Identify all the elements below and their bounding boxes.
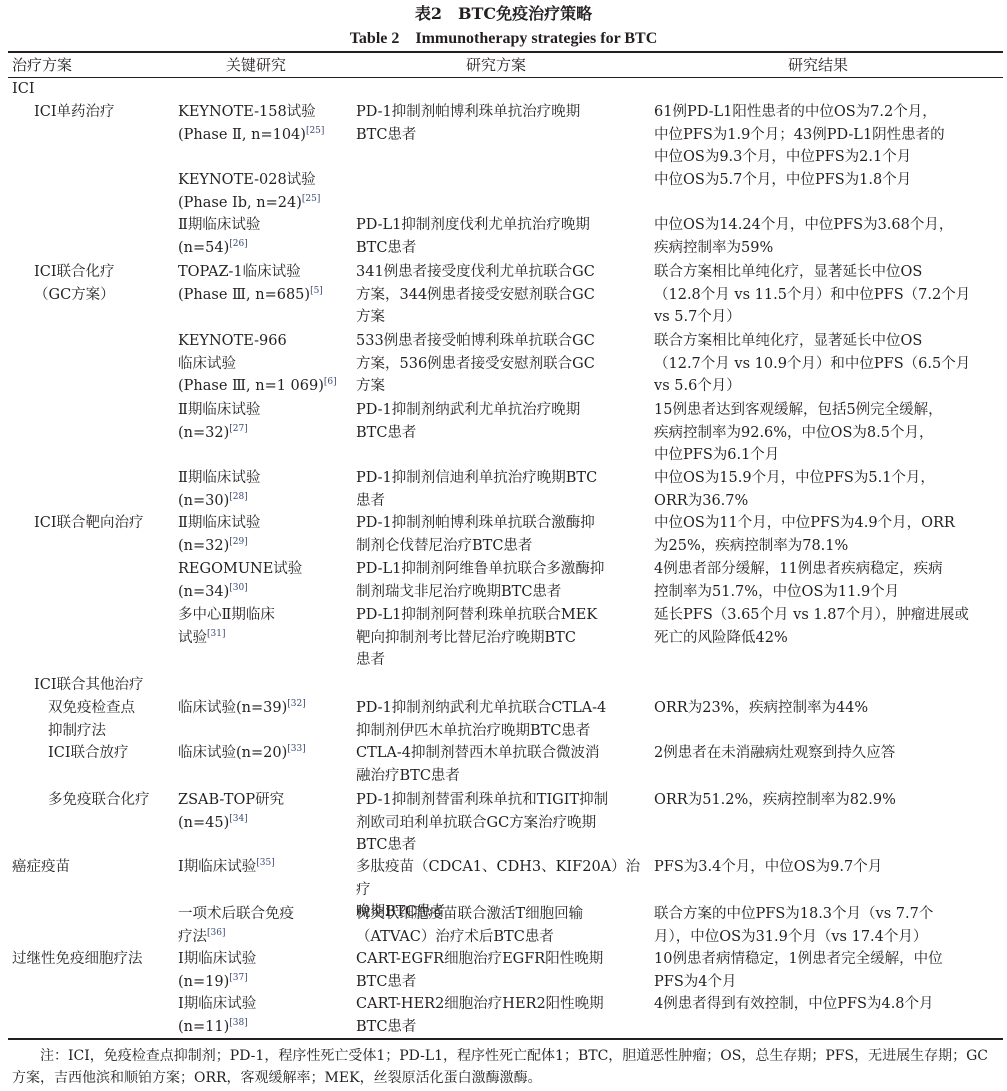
cell-design: CTLA-4抑制剂替西木单抗联合微波消 融治疗BTC患者 bbox=[356, 742, 648, 787]
cell-study: Ⅱ期临床试验 (n=32)[29] bbox=[178, 512, 348, 557]
cell-design: PD-1抑制剂帕博利珠单抗治疗晚期 BTC患者 bbox=[356, 101, 648, 146]
cell-result: 延长PFS（3.65个月 vs 1.87个月），肿瘤进展或 死亡的风险降低42% bbox=[654, 604, 999, 649]
cell-regimen: ICI联合其他治疗 bbox=[34, 674, 194, 697]
study-name: REGOMUNE试验 (n=34) bbox=[178, 561, 302, 600]
study-name: 一项术后联合免疫 疗法 bbox=[178, 906, 294, 945]
cell-study: Ⅰ期临床试验 (n=19)[37] bbox=[178, 948, 348, 993]
cell-study: REGOMUNE试验 (n=34)[30] bbox=[178, 558, 348, 603]
cell-study: ZSAB-TOP研究 (n=45)[34] bbox=[178, 789, 348, 834]
study-name: KEYNOTE-966 临床试验 (Phase Ⅲ, n=1 069) bbox=[178, 333, 324, 394]
reference-citation[interactable]: [29] bbox=[229, 537, 247, 547]
cell-regimen: ICI联合化疗 （GC方案） bbox=[34, 261, 194, 306]
cell-result: 15例患者达到客观缓解，包括5例完全缓解， 疾病控制率为92.6%，中位OS为8… bbox=[654, 399, 999, 467]
reference-citation[interactable]: [32] bbox=[287, 699, 305, 709]
cell-study: Ⅱ期临床试验 (n=54)[26] bbox=[178, 214, 348, 259]
cell-study: Ⅱ期临床试验 (n=32)[27] bbox=[178, 399, 348, 444]
cell-design: CART-EGFR细胞治疗EGFR阳性晚期 BTC患者 bbox=[356, 948, 648, 993]
cell-design: PD-L1抑制剂度伐利尤单抗治疗晚期 BTC患者 bbox=[356, 214, 648, 259]
table-note: 注：ICI，免疫检查点抑制剂；PD-1，程序性死亡受体1；PD-L1，程序性死亡… bbox=[12, 1045, 997, 1089]
reference-citation[interactable]: [31] bbox=[207, 629, 225, 639]
header-col-regimen: 治疗方案 bbox=[12, 55, 72, 75]
study-name: 临床试验(n=20) bbox=[178, 745, 287, 761]
cell-study: KEYNOTE-158试验 (Phase Ⅱ, n=104)[25] bbox=[178, 101, 348, 146]
bottom-rule bbox=[8, 1038, 1003, 1040]
cell-regimen: 过继性免疫细胞疗法 bbox=[12, 948, 172, 971]
reference-citation[interactable]: [30] bbox=[229, 583, 247, 593]
study-name: Ⅰ期临床试验 (n=19) bbox=[178, 951, 256, 990]
reference-citation[interactable]: [38] bbox=[229, 1018, 247, 1028]
study-name: 临床试验(n=39) bbox=[178, 700, 287, 716]
study-name: ZSAB-TOP研究 (n=45) bbox=[178, 792, 284, 831]
cell-regimen: ICI联合靶向治疗 bbox=[34, 512, 194, 535]
reference-citation[interactable]: [27] bbox=[229, 424, 247, 434]
cell-regimen: 癌症疫苗 bbox=[12, 856, 172, 879]
cell-design: 树突状细胞疫苗联合激活T细胞回输 （ATVAC）治疗术后BTC患者 bbox=[356, 903, 648, 948]
table-title-en: Table 2 Immunotherapy strategies for BTC bbox=[0, 29, 1007, 49]
cell-result: 中位OS为14.24个月，中位PFS为3.68个月， 疾病控制率为59% bbox=[654, 214, 999, 259]
reference-citation[interactable]: [5] bbox=[310, 286, 323, 296]
cell-result: 中位OS为15.9个月，中位PFS为5.1个月， ORR为36.7% bbox=[654, 467, 999, 512]
cell-result: 2例患者在未消融病灶观察到持久应答 bbox=[654, 742, 999, 765]
reference-citation[interactable]: [33] bbox=[287, 744, 305, 754]
study-name: Ⅱ期临床试验 (n=54) bbox=[178, 217, 260, 256]
cell-result: 10例患者病情稳定，1例患者完全缓解，中位 PFS为4个月 bbox=[654, 948, 999, 993]
cell-study: Ⅰ期临床试验 (n=11)[38] bbox=[178, 993, 348, 1038]
study-name: 多中心Ⅱ期临床 试验 bbox=[178, 607, 275, 646]
reference-citation[interactable]: [25] bbox=[306, 126, 324, 136]
cell-result: 61例PD-L1阳性患者的中位OS为7.2个月， 中位PFS为1.9个月；43例… bbox=[654, 101, 999, 169]
reference-citation[interactable]: [26] bbox=[229, 239, 247, 249]
header-col-study: 关键研究 bbox=[226, 55, 286, 75]
cell-result: 4例患者得到有效控制，中位PFS为4.8个月 bbox=[654, 993, 999, 1016]
cell-study: 一项术后联合免疫 疗法[36] bbox=[178, 903, 348, 948]
table-title-cn: 表2 BTC免疫治疗策略 bbox=[0, 4, 1007, 24]
cell-result: ORR为23%，疾病控制率为44% bbox=[654, 697, 999, 720]
cell-design: PD-1抑制剂信迪利单抗治疗晚期BTC 患者 bbox=[356, 467, 648, 512]
cell-design: 533例患者接受帕博利珠单抗联合GC 方案，536例患者接受安慰剂联合GC 方案 bbox=[356, 330, 648, 398]
cell-study: 多中心Ⅱ期临床 试验[31] bbox=[178, 604, 348, 649]
cell-study: Ⅱ期临床试验 (n=30)[28] bbox=[178, 467, 348, 512]
cell-regimen: ICI单药治疗 bbox=[34, 101, 194, 124]
header-col-result: 研究结果 bbox=[788, 55, 848, 75]
study-name: Ⅱ期临床试验 (n=32) bbox=[178, 402, 260, 441]
cell-regimen: ICI bbox=[12, 78, 172, 101]
study-name: KEYNOTE-028试验 (Phase Ⅰb, n=24) bbox=[178, 172, 316, 211]
cell-result: PFS为3.4个月，中位OS为9.7个月 bbox=[654, 856, 999, 879]
reference-citation[interactable]: [35] bbox=[256, 858, 274, 868]
cell-result: 4例患者部分缓解，11例患者疾病稳定，疾病 控制率为51.7%，中位OS为11.… bbox=[654, 558, 999, 603]
cell-study: Ⅰ期临床试验[35] bbox=[178, 856, 348, 879]
study-name: Ⅱ期临床试验 (n=30) bbox=[178, 470, 260, 509]
reference-citation[interactable]: [37] bbox=[229, 973, 247, 983]
cell-result: 中位OS为11个月，中位PFS为4.9个月，ORR 为25%，疾病控制率为78.… bbox=[654, 512, 999, 557]
study-name: KEYNOTE-158试验 (Phase Ⅱ, n=104) bbox=[178, 104, 316, 143]
cell-design: PD-1抑制剂替雷利珠单抗和TIGIT抑制 剂欧司珀利单抗联合GC方案治疗晚期 … bbox=[356, 789, 648, 857]
cell-result: 中位OS为5.7个月，中位PFS为1.8个月 bbox=[654, 169, 999, 192]
reference-citation[interactable]: [28] bbox=[229, 492, 247, 502]
top-rule bbox=[8, 51, 1003, 53]
cell-study: KEYNOTE-966 临床试验 (Phase Ⅲ, n=1 069)[6] bbox=[178, 330, 348, 398]
study-name: TOPAZ-1临床试验 (Phase Ⅲ, n=685) bbox=[178, 264, 310, 303]
reference-citation[interactable]: [34] bbox=[229, 814, 247, 824]
header-col-design: 研究方案 bbox=[466, 55, 526, 75]
reference-citation[interactable]: [6] bbox=[324, 377, 337, 387]
cell-study: TOPAZ-1临床试验 (Phase Ⅲ, n=685)[5] bbox=[178, 261, 348, 306]
cell-study: KEYNOTE-028试验 (Phase Ⅰb, n=24)[25] bbox=[178, 169, 348, 214]
study-name: Ⅰ期临床试验 bbox=[178, 859, 256, 875]
cell-design: PD-1抑制剂纳武利尤单抗联合CTLA-4 抑制剂伊匹木单抗治疗晚期BTC患者 bbox=[356, 697, 648, 742]
cell-study: 临床试验(n=20)[33] bbox=[178, 742, 348, 765]
study-name: Ⅱ期临床试验 (n=32) bbox=[178, 515, 260, 554]
cell-result: 联合方案相比单纯化疗，显著延长中位OS （12.7个月 vs 10.9个月）和中… bbox=[654, 330, 999, 398]
cell-design: CART-HER2细胞治疗HER2阳性晚期 BTC患者 bbox=[356, 993, 648, 1038]
cell-design: 341例患者接受度伐利尤单抗联合GC 方案，344例患者接受安慰剂联合GC 方案 bbox=[356, 261, 648, 329]
cell-study: 临床试验(n=39)[32] bbox=[178, 697, 348, 720]
reference-citation[interactable]: [25] bbox=[302, 194, 320, 204]
study-name: Ⅰ期临床试验 (n=11) bbox=[178, 996, 256, 1035]
cell-result: 联合方案相比单纯化疗，显著延长中位OS （12.8个月 vs 11.5个月）和中… bbox=[654, 261, 999, 329]
reference-citation[interactable]: [36] bbox=[207, 928, 225, 938]
cell-design: PD-1抑制剂帕博利珠单抗联合激酶抑 制剂仑伐替尼治疗BTC患者 bbox=[356, 512, 648, 557]
cell-design: PD-1抑制剂纳武利尤单抗治疗晚期 BTC患者 bbox=[356, 399, 648, 444]
cell-result: 联合方案的中位PFS为18.3个月（vs 7.7个 月），中位OS为31.9个月… bbox=[654, 903, 999, 948]
cell-design: PD-L1抑制剂阿替利珠单抗联合MEK 靶向抑制剂考比替尼治疗晚期BTC 患者 bbox=[356, 604, 648, 672]
cell-result: ORR为51.2%，疾病控制率为82.9% bbox=[654, 789, 999, 812]
cell-design: PD-L1抑制剂阿维鲁单抗联合多激酶抑 制剂瑞戈非尼治疗晚期BTC患者 bbox=[356, 558, 648, 603]
